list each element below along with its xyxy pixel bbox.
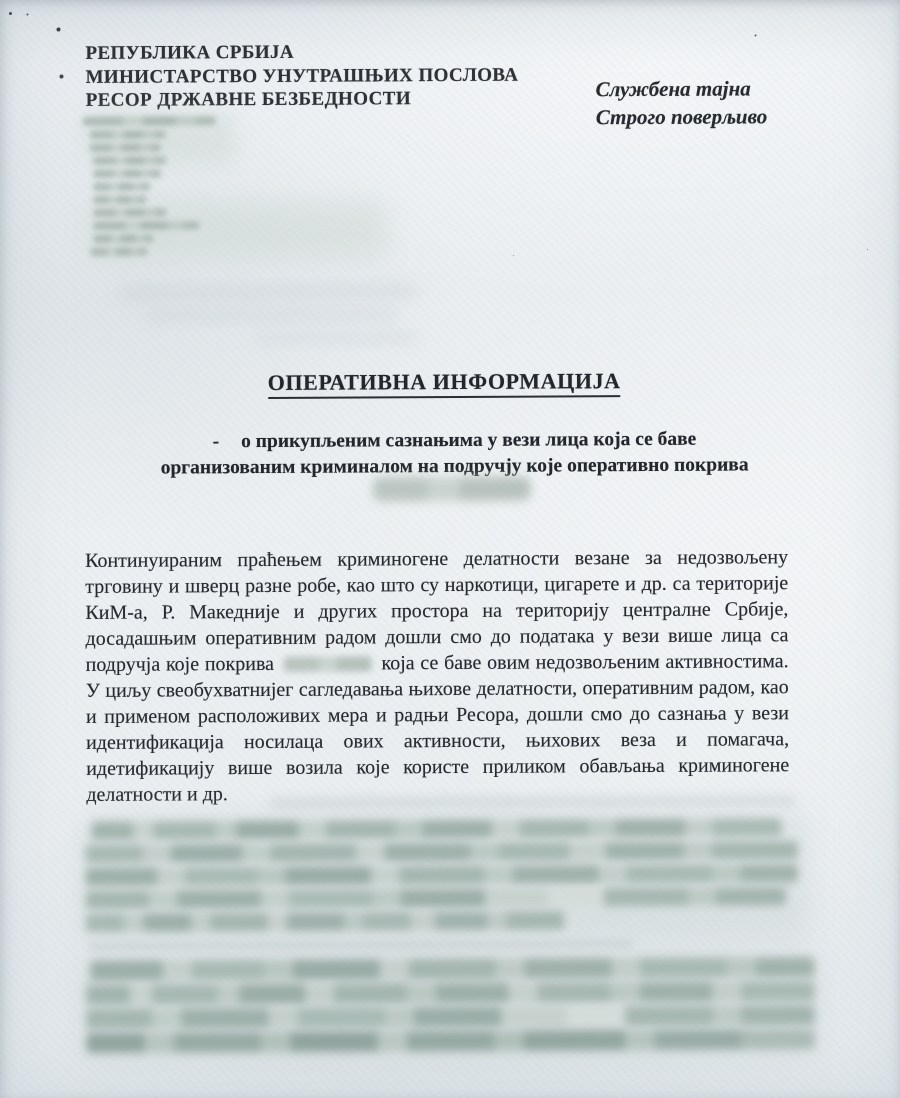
redaction-bar xyxy=(93,235,153,243)
document-title-text: ОПЕРАТИВНА ИНФОРМАЦИЈА xyxy=(268,368,621,399)
redaction-line xyxy=(86,887,786,909)
redaction-line xyxy=(86,864,798,886)
redaction-bar xyxy=(93,156,166,164)
bleed-through-ghost xyxy=(144,307,399,322)
document-content: РЕПУБЛИКА СРБИЈА МИНИСТАРСТВО УНУТРАШЊИХ… xyxy=(0,0,900,1098)
subtitle-redaction-blur xyxy=(373,477,531,502)
inline-redaction-blur xyxy=(284,656,372,671)
subtitle-line-1-text: о прикупљеним сазнањима у вези лица која… xyxy=(241,429,696,452)
subtitle-line-1: -о прикупљеним сазнањима у вези лица кој… xyxy=(84,426,824,456)
redaction-bar xyxy=(93,183,150,191)
redaction-bar xyxy=(90,130,166,138)
redaction-line xyxy=(86,1005,814,1029)
classification-stamp: Службена тајна Строго поверљиво xyxy=(596,74,768,131)
redaction-bar xyxy=(83,116,216,126)
document-subtitle: -о прикупљеним сазнањима у вези лица кој… xyxy=(84,426,824,482)
redacted-addressee-block xyxy=(83,116,217,261)
redaction-line xyxy=(87,1029,815,1053)
redaction-line xyxy=(86,911,564,932)
faint-redaction-line xyxy=(88,940,633,951)
classification-line-1: Службена тајна xyxy=(596,74,768,103)
redaction-bar xyxy=(93,196,146,204)
redaction-line xyxy=(86,981,814,1005)
bleed-through-ghost xyxy=(119,283,419,301)
body-paragraph: Континуираним праћењем криминогене делат… xyxy=(85,544,789,808)
redaction-bar xyxy=(93,170,161,178)
redacted-paragraph-1 xyxy=(85,818,798,937)
redaction-bar xyxy=(93,221,199,230)
subtitle-dash: - xyxy=(213,429,220,455)
redaction-bar xyxy=(90,248,147,256)
bleed-through-ghost xyxy=(254,331,419,345)
redaction-line xyxy=(90,957,814,981)
redaction-line xyxy=(86,841,798,863)
letterhead-line-1: РЕПУБЛИКА СРБИЈА xyxy=(85,40,518,66)
classification-line-2: Строго поверљиво xyxy=(596,102,768,131)
redaction-bar xyxy=(90,144,161,152)
scanned-document-page: РЕПУБЛИКА СРБИЈА МИНИСТАРСТВО УНУТРАШЊИХ… xyxy=(0,0,900,1098)
document-title: ОПЕРАТИВНА ИНФОРМАЦИЈА xyxy=(84,367,804,397)
letterhead-line-3: РЕСОР ДРЖАВНЕ БЕЗБЕДНОСТИ xyxy=(86,87,519,113)
letterhead-line-2: МИНИСТАРСТВО УНУТРАШЊИХ ПОСЛОВА xyxy=(86,63,519,89)
redaction-line xyxy=(91,818,781,840)
redaction-bar xyxy=(93,208,166,216)
letterhead: РЕПУБЛИКА СРБИЈА МИНИСТАРСТВО УНУТРАШЊИХ… xyxy=(85,40,518,113)
redacted-paragraph-2 xyxy=(86,957,814,1057)
